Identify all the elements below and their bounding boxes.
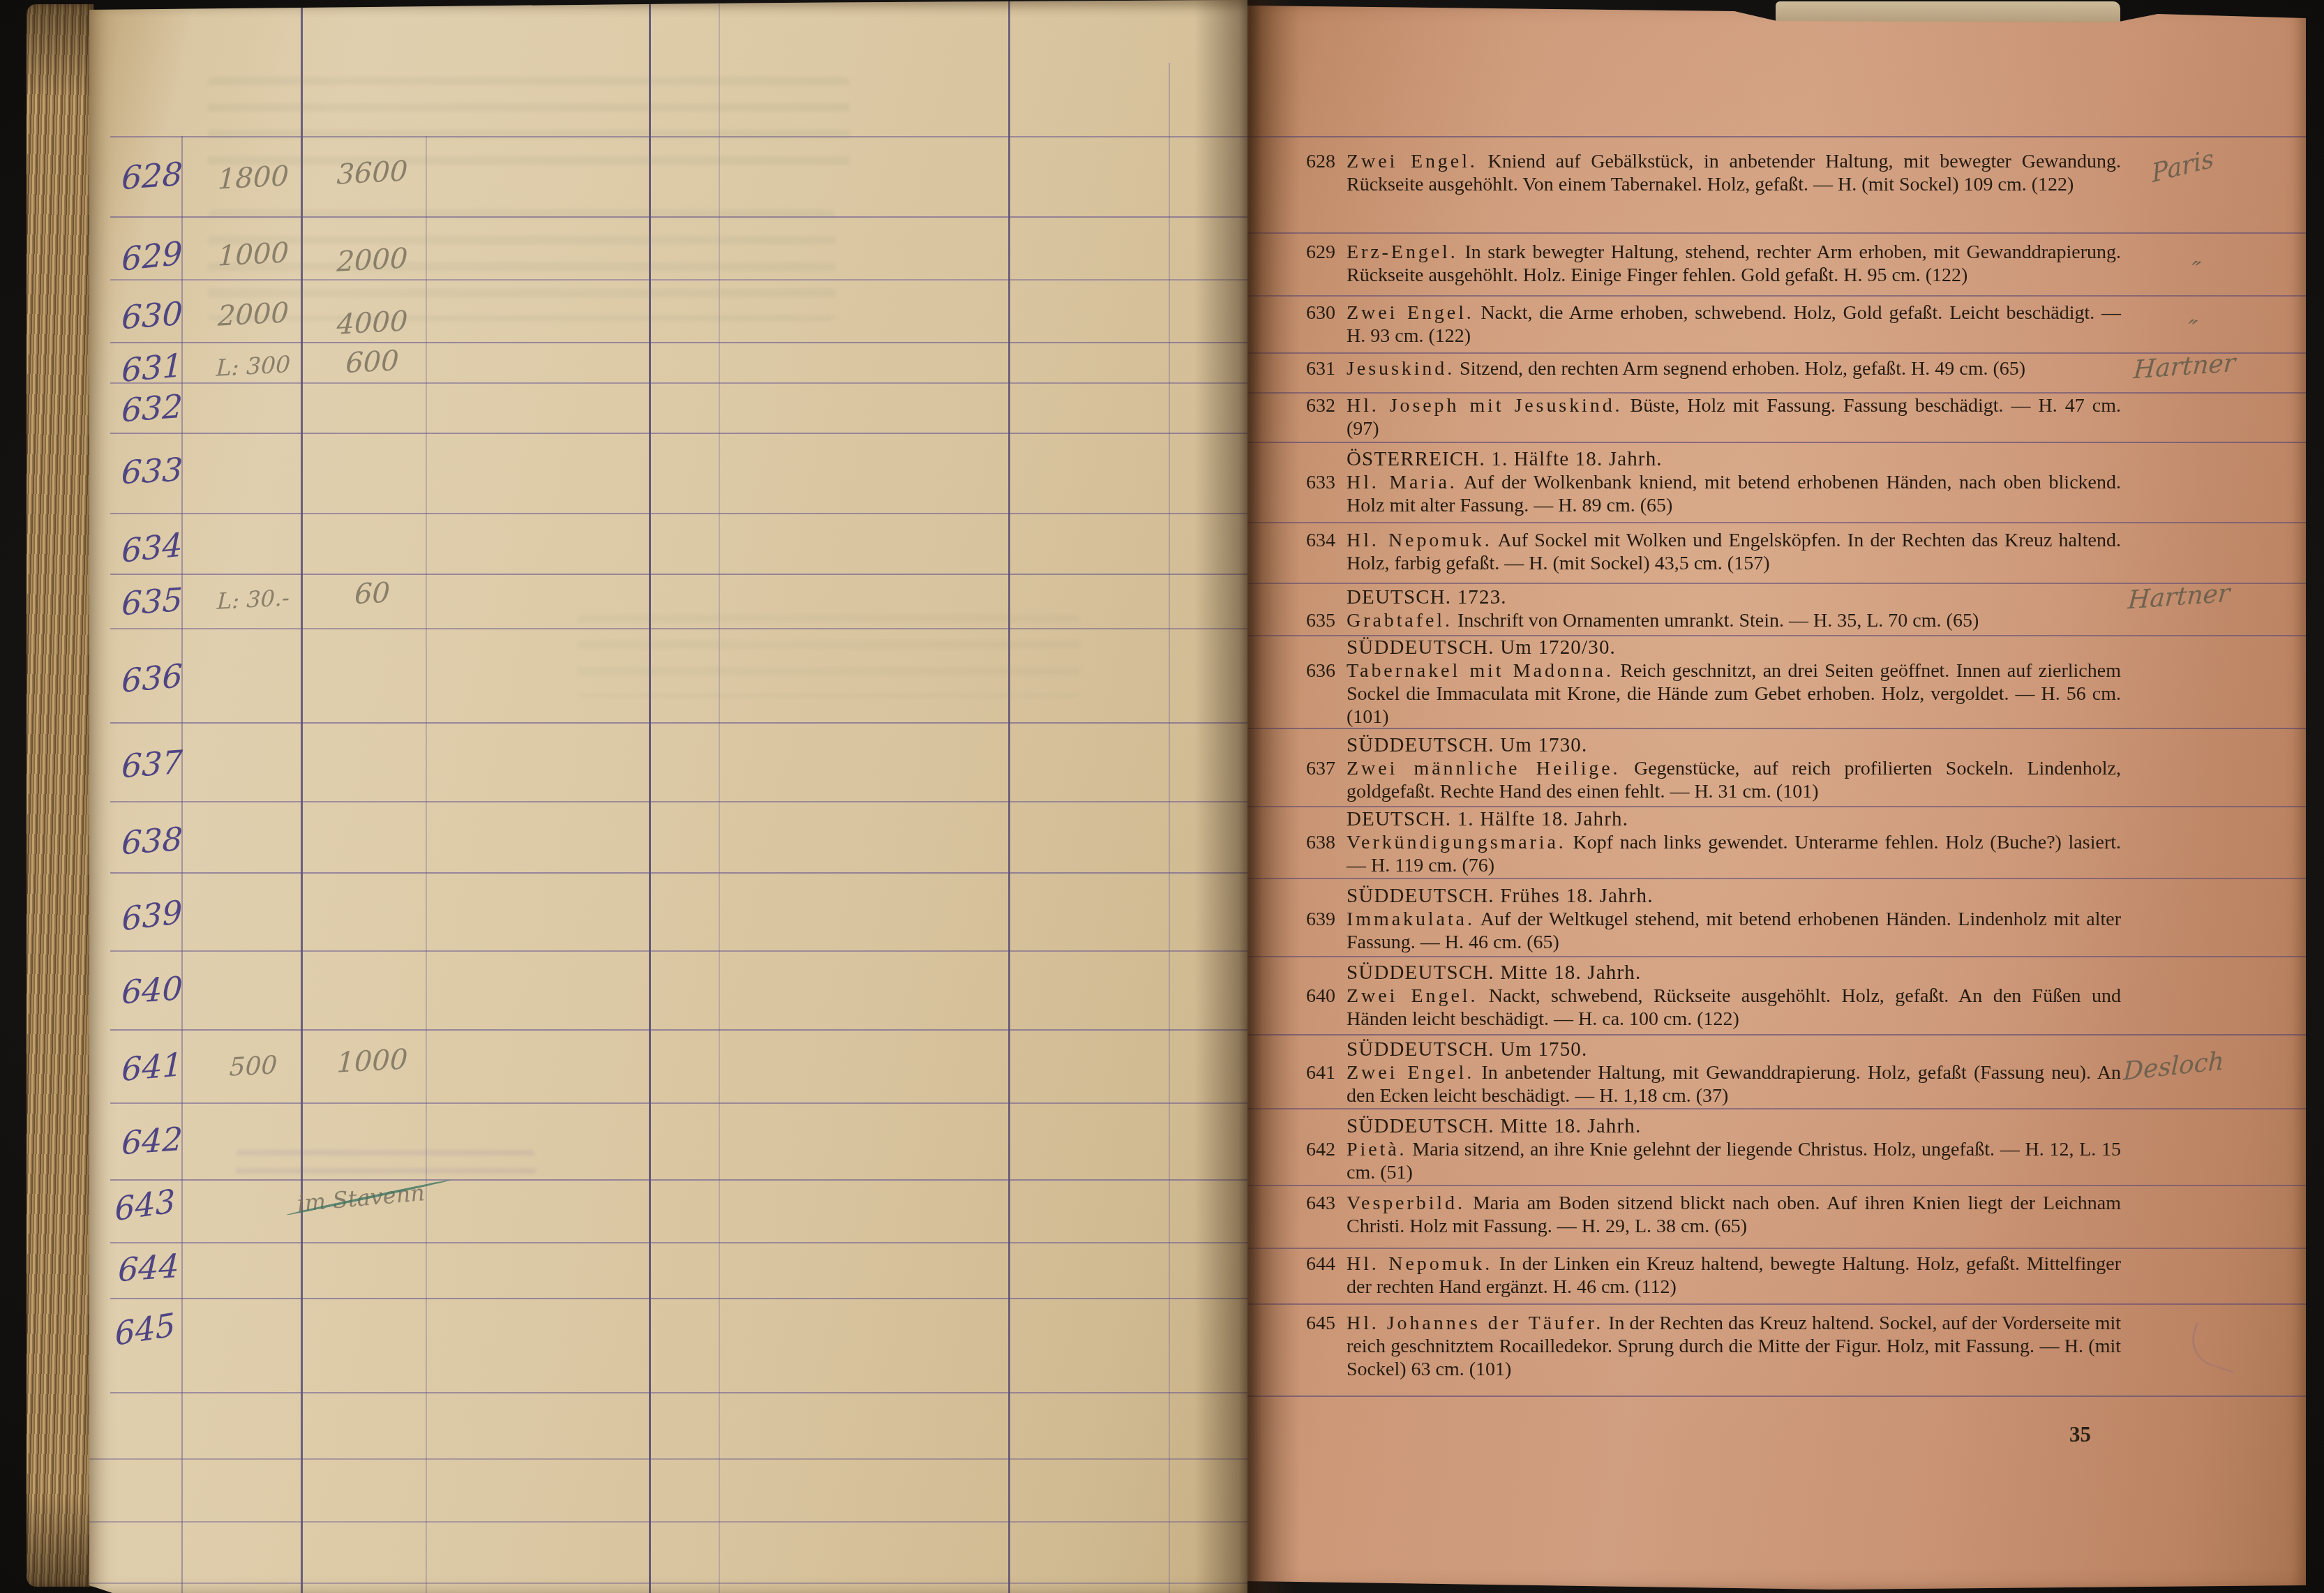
lot-number: 638 xyxy=(110,819,195,863)
entry-text: Jesuskind. Sitzend, den rechten Arm segn… xyxy=(1347,357,2121,380)
entry-text: Zwei Engel. Nackt, schwebend, Rückseite … xyxy=(1347,985,2121,1031)
entry-text: Hl. Joseph mit Jesuskind. Büste, Holz mi… xyxy=(1347,394,2121,440)
lot-number: 645 xyxy=(103,1304,187,1355)
entry-title: Jesuskind. xyxy=(1347,358,1455,380)
lot-number: 629 xyxy=(110,233,193,280)
hammer-price: 4000 xyxy=(310,304,433,342)
entry-title: Hl. Maria. xyxy=(1347,472,1457,493)
entry-title: Grabtafel. xyxy=(1347,610,1453,631)
catalog-entry-632: 632 Hl. Joseph mit Jesuskind. Büste, Hol… xyxy=(1292,394,2121,440)
crossed-out-note: im Stavenn xyxy=(297,1179,426,1217)
catalog-entry-638: DEUTSCH. 1. Hälfte 18. Jahrh. 638 Verkün… xyxy=(1292,808,2121,877)
hammer-price: 1000 xyxy=(310,1042,433,1080)
lot-number: 643 xyxy=(103,1181,188,1230)
entry-text: Zwei Engel. In anbetender Haltung, mit G… xyxy=(1347,1061,2121,1107)
book-page-edge-stack xyxy=(27,4,93,1587)
entry-text: Tabernakel mit Madonna. Reich geschnitzt… xyxy=(1347,659,2121,728)
margin-note: Hartner xyxy=(2133,349,2237,385)
entry-number: 641 xyxy=(1292,1061,1335,1084)
entry-text: Erz-Engel. In stark bewegter Haltung, st… xyxy=(1347,241,2121,287)
lot-number: 637 xyxy=(110,742,195,786)
entry-number: 628 xyxy=(1292,150,1335,173)
entry-title: Zwei Engel. xyxy=(1347,985,1478,1007)
entry-number: 633 xyxy=(1292,471,1335,494)
lot-number: 636 xyxy=(110,656,194,701)
entry-number: 643 xyxy=(1292,1192,1335,1215)
entry-title: Hl. Joseph mit Jesuskind. xyxy=(1347,395,1623,417)
entry-description: Maria sitzend, an ihre Knie gelehnt der … xyxy=(1347,1139,2121,1183)
faint-margin-mark xyxy=(2185,1322,2245,1373)
entry-group-header: SÜDDEUTSCH. Mitte 18. Jahrh. xyxy=(1347,962,2121,985)
catalog-entry-635: DEUTSCH. 1723. 635 Grabtafel. Inschrift … xyxy=(1292,586,2121,632)
estimate-price: L: 300 xyxy=(186,349,320,383)
entry-text: Pietà. Maria sitzend, an ihre Knie geleh… xyxy=(1347,1138,2121,1184)
entry-group-header: SÜDDEUTSCH. Um 1720/30. xyxy=(1347,636,2121,659)
entry-description: In stark bewegter Haltung, stehend, rech… xyxy=(1347,241,2121,286)
entry-number: 642 xyxy=(1292,1138,1335,1161)
catalog-entry-643: 643 Vesperbild. Maria am Boden sitzend b… xyxy=(1292,1192,2121,1238)
lot-number: 630 xyxy=(110,294,195,338)
entry-text: Hl. Johannes der Täufer. In der Rechten … xyxy=(1347,1312,2121,1381)
catalog-entry-630: 630 Zwei Engel. Nackt, die Arme erhoben,… xyxy=(1292,301,2121,347)
lot-number: 632 xyxy=(110,387,195,431)
catalog-entry-631: 631 Jesuskind. Sitzend, den rechten Arm … xyxy=(1292,357,2121,380)
catalog-entry-637: SÜDDEUTSCH. Um 1730. 637 Zwei männliche … xyxy=(1292,734,2121,803)
entry-description: Inschrift von Ornamenten umrankt. Stein.… xyxy=(1457,610,1979,631)
entry-text: Immakulata. Auf der Weltkugel stehend, m… xyxy=(1347,908,2121,954)
catalog-entry-642: SÜDDEUTSCH. Mitte 18. Jahrh. 642 Pietà. … xyxy=(1292,1115,2121,1184)
lot-number: 640 xyxy=(110,968,195,1012)
catalog-entry-636: SÜDDEUTSCH. Um 1720/30. 636 Tabernakel m… xyxy=(1292,636,2121,728)
lot-number: 631 xyxy=(110,345,194,391)
entry-number: 629 xyxy=(1292,241,1335,264)
entry-title: Erz-Engel. xyxy=(1347,241,1458,263)
margin-ditto-mark: ″ xyxy=(2185,315,2199,345)
entry-number: 630 xyxy=(1292,301,1335,324)
entry-number: 639 xyxy=(1292,908,1335,931)
entry-text: Hl. Nepomuk. In der Linken ein Kreuz hal… xyxy=(1347,1252,2121,1299)
entry-text: Verkündigungsmaria. Kopf nach links gewe… xyxy=(1347,831,2121,877)
entry-text: Zwei Engel. Nackt, die Arme erhoben, sch… xyxy=(1347,301,2121,347)
bleedthrough-text-ghost xyxy=(578,614,1080,698)
lot-number: 644 xyxy=(106,1246,191,1290)
margin-note: Paris xyxy=(2150,144,2215,188)
entry-number: 631 xyxy=(1292,357,1335,380)
entry-title: Zwei Engel. xyxy=(1347,1062,1474,1084)
entry-title: Zwei männliche Heilige. xyxy=(1347,758,1621,779)
entry-number: 640 xyxy=(1292,985,1335,1008)
entry-group-header: SÜDDEUTSCH. Um 1730. xyxy=(1347,734,2121,757)
catalog-entry-639: SÜDDEUTSCH. Frühes 18. Jahrh. 639 Immaku… xyxy=(1292,885,2121,954)
entry-number: 632 xyxy=(1292,394,1335,417)
lot-number: 635 xyxy=(110,580,195,624)
catalog-entry-640: SÜDDEUTSCH. Mitte 18. Jahrh. 640 Zwei En… xyxy=(1292,962,2121,1031)
entry-group-header: DEUTSCH. 1. Hälfte 18. Jahrh. xyxy=(1347,808,2121,831)
entry-number: 645 xyxy=(1292,1312,1335,1335)
catalog-entry-645: 645 Hl. Johannes der Täufer. In der Rech… xyxy=(1292,1312,2121,1381)
estimate-price: 2000 xyxy=(193,295,313,334)
entry-number: 634 xyxy=(1292,529,1335,552)
margin-note: Desloch xyxy=(2123,1047,2225,1086)
entry-description: Auf der Wolkenbank kniend, mit betend er… xyxy=(1347,472,2121,516)
entry-group-header: DEUTSCH. 1723. xyxy=(1347,586,2121,609)
margin-note: Hartner xyxy=(2127,579,2231,615)
lot-number: 642 xyxy=(110,1119,195,1163)
lot-number: 628 xyxy=(110,154,195,198)
catalog-page-right: 628 Zwei Engel. Kniend auf Gebälkstück, … xyxy=(1247,0,2306,1593)
entry-number: 636 xyxy=(1292,659,1335,682)
entry-number: 644 xyxy=(1292,1252,1335,1276)
entry-title: Hl. Johannes der Täufer. xyxy=(1347,1312,1603,1334)
estimate-price: L: 30.- xyxy=(186,583,320,616)
entry-number: 638 xyxy=(1292,831,1335,854)
bleedthrough-ink-ghost xyxy=(236,1150,536,1179)
entry-text: Zwei Engel. Kniend auf Gebälkstück, in a… xyxy=(1347,150,2121,196)
ledger-page-left: 628 629 630 631 632 633 634 635 636 637 … xyxy=(89,0,1247,1593)
hammer-price: 2000 xyxy=(310,241,433,279)
entry-title: Immakulata. xyxy=(1347,908,1475,930)
entry-title: Tabernakel mit Madonna. xyxy=(1347,660,1614,682)
entry-number: 637 xyxy=(1292,757,1335,780)
entry-title: Verkündigungsmaria. xyxy=(1347,832,1566,853)
entry-text: Zwei männliche Heilige. Gegenstücke, auf… xyxy=(1347,757,2121,803)
estimate-price: 1000 xyxy=(193,235,313,274)
hammer-price: 600 xyxy=(310,343,433,381)
entry-title: Vesperbild. xyxy=(1347,1192,1465,1214)
entry-description: Sitzend, den rechten Arm segnend erhoben… xyxy=(1460,358,2025,380)
margin-ditto-mark: ″ xyxy=(2189,256,2203,286)
entry-number: 635 xyxy=(1292,609,1335,632)
catalog-entry-633: ÖSTERREICH. 1. Hälfte 18. Jahrh. 633 Hl.… xyxy=(1292,448,2121,517)
entry-title: Pietà. xyxy=(1347,1139,1407,1160)
estimate-price: 1800 xyxy=(193,158,313,197)
lot-number: 634 xyxy=(110,525,193,571)
catalog-entry-629: 629 Erz-Engel. In stark bewegter Haltung… xyxy=(1292,241,2121,287)
entry-text: Hl. Maria. Auf der Wolkenbank kniend, mi… xyxy=(1347,471,2121,517)
lot-number: 633 xyxy=(110,450,195,493)
catalog-entry-634: 634 Hl. Nepomuk. Auf Sockel mit Wolken u… xyxy=(1292,529,2121,575)
entry-group-header: SÜDDEUTSCH. Frühes 18. Jahrh. xyxy=(1347,885,2121,908)
page-number: 35 xyxy=(2069,1422,2091,1447)
estimate-price: 500 xyxy=(193,1049,313,1084)
entry-group-header: SÜDDEUTSCH. Um 1750. xyxy=(1347,1038,2121,1061)
entry-group-header: ÖSTERREICH. 1. Hälfte 18. Jahrh. xyxy=(1347,448,2121,471)
hammer-price: 3600 xyxy=(310,154,433,192)
catalog-entry-628: 628 Zwei Engel. Kniend auf Gebälkstück, … xyxy=(1292,150,2121,196)
entry-group-header: SÜDDEUTSCH. Mitte 18. Jahrh. xyxy=(1347,1115,2121,1138)
entry-title: Hl. Nepomuk. xyxy=(1347,1253,1492,1275)
entry-text: Vesperbild. Maria am Boden sitzend blick… xyxy=(1347,1192,2121,1238)
entry-title: Hl. Nepomuk. xyxy=(1347,530,1492,551)
entry-text: Grabtafel. Inschrift von Ornamenten umra… xyxy=(1347,609,2121,632)
entry-title: Zwei Engel. xyxy=(1347,151,1478,172)
entry-text: Hl. Nepomuk. Auf Sockel mit Wolken und E… xyxy=(1347,529,2121,575)
catalog-entry-641: SÜDDEUTSCH. Um 1750. 641 Zwei Engel. In … xyxy=(1292,1038,2121,1107)
lot-number: 641 xyxy=(110,1045,194,1090)
hammer-price: 60 xyxy=(310,574,433,613)
catalog-entry-644: 644 Hl. Nepomuk. In der Linken ein Kreuz… xyxy=(1292,1252,2121,1299)
entry-title: Zwei Engel. xyxy=(1347,302,1474,324)
lot-number: 639 xyxy=(110,892,194,940)
